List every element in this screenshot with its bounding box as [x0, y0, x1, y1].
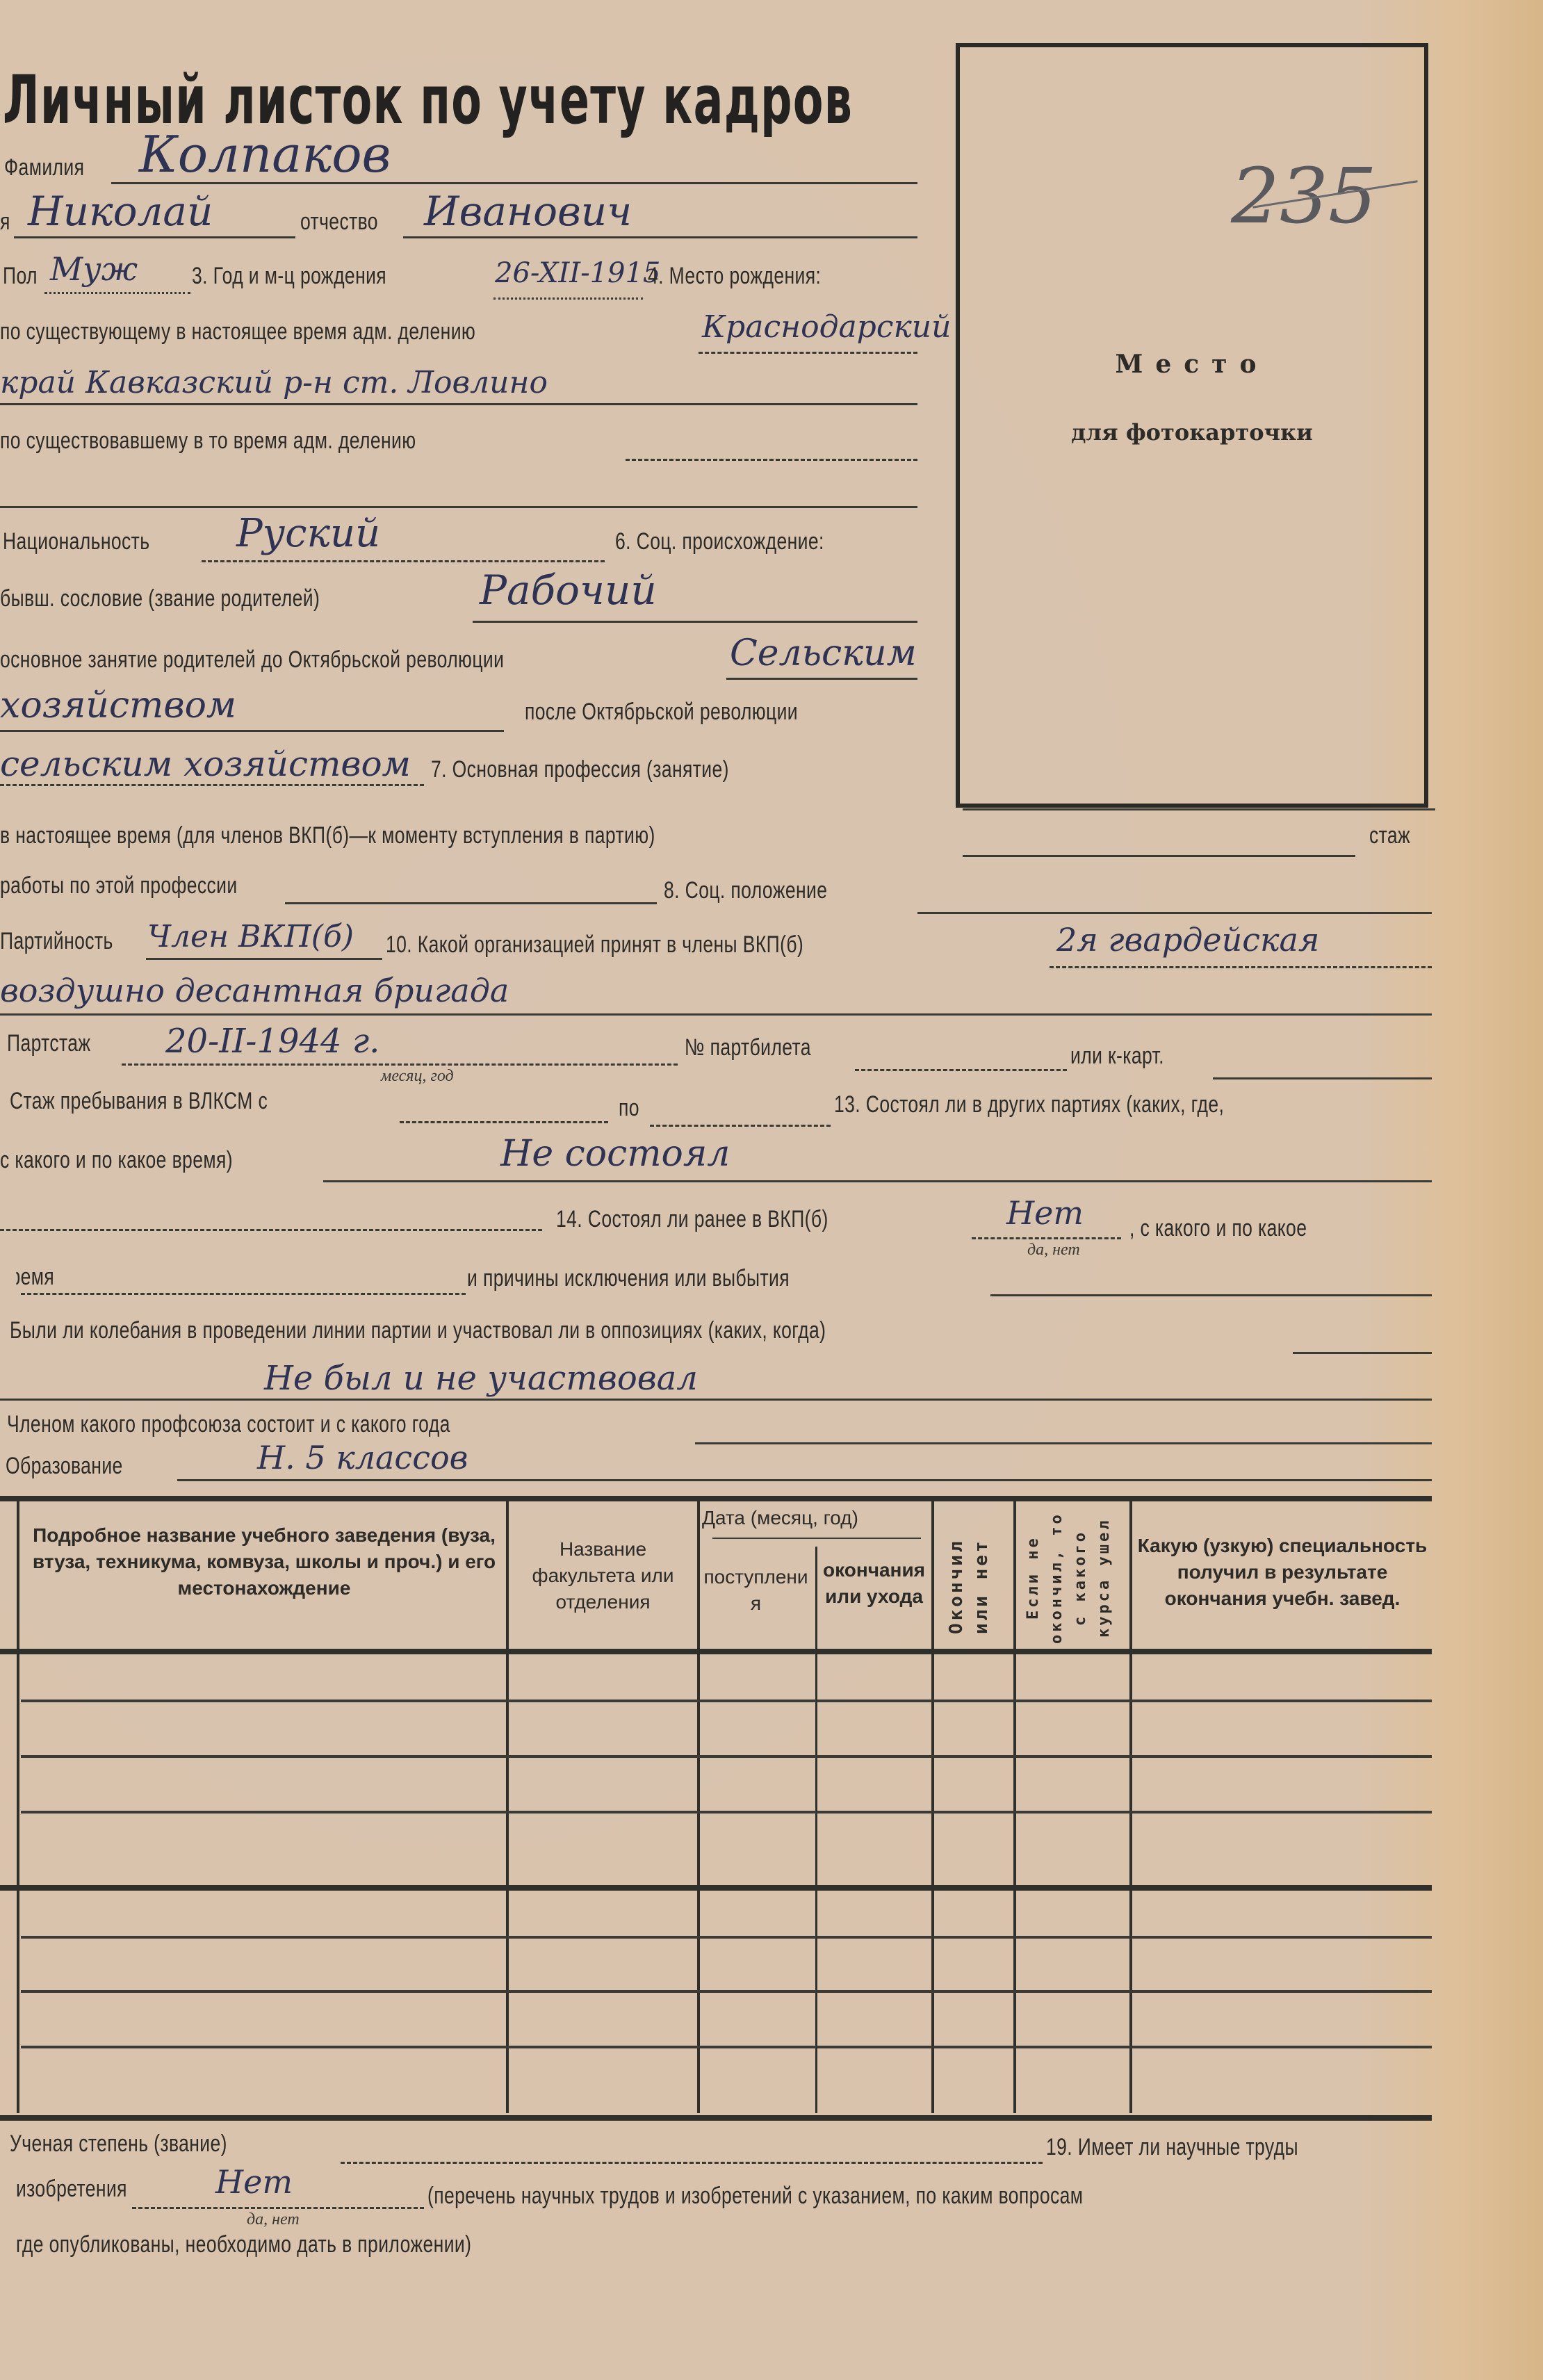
name-underline: [14, 236, 295, 238]
opposition-underline-1: [1293, 1352, 1432, 1354]
exclusion-reasons-label: и причины исключения или выбытия: [467, 1265, 790, 1292]
opposition-value[interactable]: Не был и не участвовал: [264, 1359, 698, 1398]
other-parties-label-cont: с какого и по какое время): [0, 1147, 233, 1174]
opposition-underline-2: [0, 1399, 1432, 1401]
patronymic-underline: [403, 236, 917, 238]
stazh-underline: [285, 902, 657, 904]
table-header-bottom-border: [0, 1649, 1432, 1654]
before-rev-label: основное занятие родителей до Октябрьско…: [0, 646, 504, 674]
stazh-cont-label: работы по этой профессии: [0, 872, 238, 899]
previous-vkpb-label: 14. Состоял ли ранее в ВКП(б): [556, 1206, 828, 1233]
nationality-label: Национальность: [3, 528, 149, 555]
row-line: [21, 1936, 1432, 1939]
archive-number: 235: [1231, 152, 1377, 241]
social-origin-label: 6. Соц. происхождение:: [615, 528, 824, 555]
admitting-org-label: 10. Какой организацией принят в члены ВК…: [386, 931, 803, 959]
birth-date-value[interactable]: 26-XII-1915: [495, 257, 660, 289]
table-col-divider-6: [1129, 1501, 1132, 2113]
other-parties-label: 13. Состоял ли в других партиях (каких, …: [834, 1091, 1224, 1118]
patronymic-label: отчество: [300, 209, 378, 236]
party-underline: [146, 958, 382, 960]
row-line: [21, 2046, 1432, 2048]
party-tenure-label: Партстаж: [7, 1030, 91, 1057]
table-col-divider-3: [815, 1547, 817, 2113]
party-tenure-value[interactable]: 20-II-1944 г.: [165, 1022, 379, 1061]
before-rev-underline-2: [0, 730, 504, 732]
party-card-underline: [855, 1069, 1067, 1071]
previous-vkpb-period-underline: [21, 1293, 466, 1295]
header-date-end: окончания или ухода: [820, 1557, 928, 1610]
works-value[interactable]: Нет: [215, 2163, 293, 2201]
sex-label: Пол: [3, 263, 38, 290]
party-card-label: № партбилета: [685, 1034, 811, 1061]
admitting-org-value-line1[interactable]: 2я гвардейская: [1056, 921, 1319, 959]
works-hint: да, нет: [247, 2210, 300, 2229]
profession-label-cont: в настоящее время (для членов ВКП(б)—к м…: [0, 822, 655, 849]
birthplace-current-value-line1[interactable]: Краснодарский: [702, 309, 951, 345]
table-section-divider: [0, 1885, 1432, 1891]
other-parties-underline: [323, 1180, 1432, 1182]
estate-underline: [473, 621, 917, 623]
social-status-label: 8. Соц. положение: [664, 877, 827, 904]
birthplace-then-label: по существовавшему в то время адм. делен…: [0, 427, 416, 455]
degree-label: Ученая степень (звание): [10, 2130, 227, 2158]
trade-union-label: Членом какого профсоюза состоит и с како…: [7, 1411, 450, 1438]
other-parties-underline-2: [0, 1229, 542, 1231]
birth-date-label: 3. Год и м-ц рождения: [192, 263, 386, 290]
degree-underline: [341, 2162, 1043, 2164]
komsomol-label: Стаж пребывания в ВЛКСМ с: [10, 1088, 268, 1115]
after-rev-label: после Октябрьской революции: [525, 699, 798, 726]
party-tenure-hint: месяц, год: [381, 1067, 454, 1086]
before-rev-value-line2[interactable]: хозяйством: [0, 685, 236, 726]
profession-stazh-label: стаж: [1369, 822, 1410, 849]
profession-label: 7. Основная профессия (занятие): [431, 756, 729, 783]
works-underline: [132, 2207, 424, 2209]
sex-value[interactable]: Муж: [50, 250, 138, 288]
party-card-alt-underline: [1213, 1077, 1432, 1079]
previous-vkpb-underline: [972, 1237, 1121, 1239]
photo-label-line2: для фотокарточки: [960, 419, 1424, 446]
other-parties-value[interactable]: Не состоял: [500, 1133, 730, 1175]
profession-top-line: [963, 808, 1435, 810]
surname-value[interactable]: Колпаков: [139, 125, 391, 184]
previous-vkpb-cont2: время: [0, 1264, 54, 1291]
row-line: [21, 1755, 1432, 1758]
opposition-label: Были ли колебания в проведении линии пар…: [10, 1317, 826, 1344]
patronymic-value[interactable]: Иванович: [424, 188, 632, 235]
birthplace-then-underline-2: [0, 506, 917, 508]
birthplace-line2-underline: [0, 403, 917, 405]
birthplace-current-underline: [699, 352, 917, 354]
header-date-divider: [712, 1538, 921, 1539]
header-faculty: Название факультета или отделения: [514, 1536, 692, 1615]
birthplace-then-underline: [626, 459, 917, 461]
row-line: [21, 1990, 1432, 1993]
party-label: Партийность: [0, 928, 113, 955]
education-label: Образование: [6, 1453, 123, 1480]
komsomol-to-underline: [650, 1125, 831, 1127]
sex-underline: [44, 292, 190, 294]
photo-placeholder: 235 Место для фотокарточки: [956, 43, 1428, 808]
komsomol-to-label: по: [619, 1095, 639, 1122]
works-label-cont: и изобретения: [0, 2176, 127, 2203]
birth-date-underline: [493, 297, 643, 300]
education-underline: [177, 1479, 1432, 1481]
birthplace-current-value-line2[interactable]: край Кавказский р-н ст. Ловлино: [0, 365, 548, 400]
name-label: я: [0, 209, 10, 236]
row-line: [21, 1700, 1432, 1702]
social-status-underline: [917, 912, 1432, 914]
works-note: (перечень научных трудов и изобретений с…: [427, 2183, 1083, 2210]
birthplace-label: 4. Место рождения:: [648, 263, 821, 290]
header-date-start: поступления: [702, 1564, 810, 1617]
admitting-org-underline: [1050, 966, 1432, 968]
table-col-divider-0: [17, 1501, 19, 2113]
form-title: Личный листок по учету кадров: [3, 61, 853, 139]
birthplace-current-label: по существующему в настоящее время адм. …: [0, 318, 475, 345]
estate-value[interactable]: Рабочий: [480, 567, 657, 614]
education-value[interactable]: Н. 5 классов: [257, 1439, 468, 1476]
name-value[interactable]: Николай: [28, 188, 213, 235]
before-rev-value-line1[interactable]: Сельским: [730, 633, 917, 674]
party-card-alt-label: или к-карт.: [1070, 1043, 1164, 1070]
admitting-org-value-line2[interactable]: воздушно десантная бригада: [0, 972, 509, 1009]
estate-label: бывш. сословие (звание родителей): [0, 585, 320, 612]
header-specialty: Какую (узкую) специальность получил в ре…: [1136, 1533, 1428, 1612]
works-label: 19. Имеет ли научные труды: [1046, 2134, 1298, 2161]
nationality-value[interactable]: Руский: [236, 511, 380, 556]
table-top-border: [0, 1496, 1432, 1501]
previous-vkpb-cont: , с какого и по какое: [1129, 1215, 1307, 1242]
previous-vkpb-value[interactable]: Нет: [1006, 1194, 1084, 1232]
table-col-divider-1: [506, 1501, 509, 2113]
trade-union-underline: [695, 1442, 1432, 1444]
after-rev-value[interactable]: сельским хозяйством: [0, 744, 411, 784]
nationality-underline: [202, 560, 605, 562]
table-col-divider-4: [931, 1501, 934, 2113]
profession-underline: [963, 855, 1355, 857]
after-rev-underline: [0, 784, 424, 786]
admitting-org-underline-2: [0, 1013, 1432, 1016]
party-tenure-underline: [122, 1063, 678, 1066]
header-finished: Окончил или нет: [944, 1529, 999, 1644]
table-bottom-border: [0, 2115, 1432, 2121]
surname-label: Фамилия: [4, 154, 84, 181]
photo-label-line1: Место: [960, 350, 1424, 379]
before-rev-underline: [726, 678, 917, 680]
party-value[interactable]: Член ВКП(б): [147, 919, 354, 954]
previous-vkpb-hint: да, нет: [1027, 1241, 1080, 1260]
table-col-divider-5: [1013, 1501, 1016, 2113]
works-note-cont: и где опубликованы, необходимо дать в пр…: [0, 2231, 471, 2258]
header-course-left: Если не окончил, то с какого курса ушел: [1022, 1512, 1122, 1644]
exclusion-reasons-underline: [990, 1294, 1432, 1296]
komsomol-from-underline: [400, 1121, 608, 1123]
surname-underline: [111, 182, 917, 184]
row-line: [21, 1811, 1432, 1813]
header-institution: Подробное название учебного заведения (в…: [28, 1522, 500, 1601]
table-col-divider-2: [697, 1501, 700, 2113]
header-date-group: Дата (месяц, год): [702, 1505, 928, 1531]
